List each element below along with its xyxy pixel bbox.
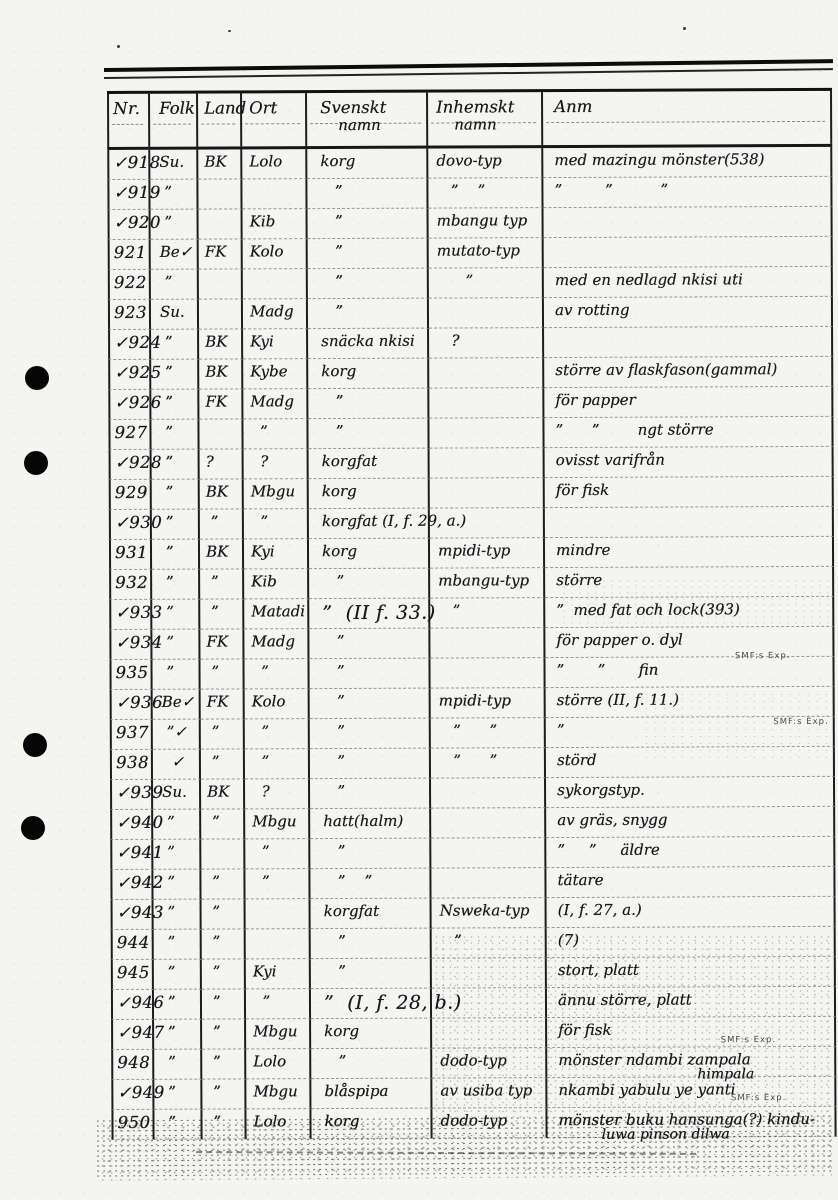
handwritten-text: ” xyxy=(161,603,174,621)
cell-folk: ” xyxy=(151,210,199,240)
cell-sv: ” (II f. 33.) xyxy=(309,599,430,630)
handwritten-text: för papper xyxy=(555,391,635,409)
handwritten-text: 935 xyxy=(115,663,148,682)
handwritten-text: ” ” xyxy=(436,181,485,199)
handwritten-text: ” xyxy=(161,633,174,651)
handwritten-text: av rotting xyxy=(555,301,630,319)
cell-ort xyxy=(246,899,311,929)
cell-sv: korg xyxy=(311,1019,432,1050)
cell-sv: korg xyxy=(309,479,430,510)
cell-nr: ✓928 xyxy=(109,450,152,480)
table-row: ✓940 ” ”Mbguhatt(halm)av gräs, snygg xyxy=(110,807,835,840)
table-row: 929 ”BKMbgukorgför fisk xyxy=(109,477,834,510)
column-header-ort: Ort xyxy=(242,93,307,146)
cell-inh: ” ” xyxy=(431,748,546,779)
cell-land: ” xyxy=(201,719,245,749)
handwritten-text: Mbgu xyxy=(253,1082,297,1100)
handwritten-text: Be✓ xyxy=(160,243,193,261)
cell-land: ” xyxy=(201,749,245,779)
handwritten-text: ” xyxy=(557,721,565,739)
handwritten-text: Madg xyxy=(250,302,294,320)
handwritten-text: ” xyxy=(208,903,221,921)
table-row: 938 ✓ ” ” ” ” ”störd xyxy=(110,747,835,780)
handwritten-text: ” xyxy=(323,722,345,740)
handwritten-text: för papper o. dyl xyxy=(556,630,682,649)
handwritten-text: ” xyxy=(250,422,267,440)
cell-land: BK xyxy=(200,539,244,569)
column-header-folk: Folk xyxy=(150,94,198,147)
handwritten-text: 950 xyxy=(117,1113,150,1132)
cell-inh: mpidi-typ xyxy=(431,688,546,719)
cell-anm: ” ” ngt större xyxy=(544,417,833,448)
handwritten-text: 929 xyxy=(115,483,148,502)
cell-land: ” xyxy=(201,869,245,899)
cell-land: BK xyxy=(198,149,242,179)
handwritten-text: ” xyxy=(163,933,176,951)
handwritten-text: ” (II f. 33.) xyxy=(322,602,435,624)
cell-anm: för fisk xyxy=(545,477,834,508)
cell-ort: Matadi xyxy=(244,599,309,629)
cell-inh xyxy=(430,478,545,509)
punch-hole xyxy=(24,451,48,475)
handwritten-text: ” xyxy=(252,872,269,890)
cell-sv: ” xyxy=(310,719,431,750)
cell-sv: ” xyxy=(307,179,428,210)
table-row: ✓943 ” ”korgfatNsweka-typ(I, f. 27, a.) xyxy=(111,897,836,930)
handwritten-text: ” xyxy=(160,363,173,381)
handwritten-text: korgfat xyxy=(324,902,379,920)
table-row: 935 ” ” ” ”” ” finSMF:s Exp. xyxy=(109,657,834,690)
cell-folk: ” xyxy=(153,810,201,840)
handwritten-text: ” ” fin xyxy=(556,661,658,679)
cell-ort: Lolo xyxy=(246,1049,311,1079)
table-row: 944 ” ” ” ”(7) xyxy=(111,927,836,960)
cell-nr: ✓940 xyxy=(110,810,153,840)
handwritten-text: ” xyxy=(322,572,344,590)
handwritten-text: ” xyxy=(208,933,221,951)
cell-ort: Kolo xyxy=(243,239,308,269)
handwritten-text: ” xyxy=(322,662,344,680)
cell-ort: Mbgu xyxy=(246,1079,311,1109)
cell-folk: ”✓ xyxy=(153,720,201,750)
cell-inh: ” ” xyxy=(428,178,543,209)
cell-inh: ” xyxy=(430,598,545,629)
cell-nr: ✓941 xyxy=(110,840,153,870)
handwritten-text: ” xyxy=(206,663,219,681)
header-line: namn xyxy=(436,116,541,133)
cell-folk: ✓ xyxy=(153,750,201,780)
cell-folk: Su. xyxy=(153,780,201,810)
handwritten-text: BK xyxy=(205,332,227,350)
cell-anm: större (II, f. 11.) xyxy=(546,687,835,718)
cell-anm: för papper xyxy=(544,387,833,418)
cell-ort: Madg xyxy=(243,299,308,329)
cell-inh: mbangu typ xyxy=(429,208,544,239)
table-row: ✓934 ”FKMadg ”för papper o. dyl xyxy=(109,627,834,660)
cell-inh xyxy=(430,628,545,659)
handwritten-text: nkambi yabulu ye yanti xyxy=(558,1080,735,1099)
handwritten-text: 931 xyxy=(115,543,148,562)
cell-nr: 921 xyxy=(108,240,151,270)
handwritten-text: BK xyxy=(204,152,226,170)
cell-folk: ” xyxy=(152,540,200,570)
cell-anm: för fisk xyxy=(547,1017,836,1048)
handwritten-text: tätare xyxy=(557,871,603,889)
handwritten-text: Su. xyxy=(160,303,185,321)
cell-ort: ” xyxy=(245,719,310,749)
header-line: namn xyxy=(320,117,426,134)
handwritten-text: Madg xyxy=(250,392,294,410)
handwritten-text: Nsweka-typ xyxy=(440,901,530,919)
handwritten-text: ✓ xyxy=(162,753,184,771)
handwritten-text: ” xyxy=(207,753,220,771)
handwritten-text: mindre xyxy=(556,541,610,559)
handwritten-text: ” xyxy=(322,632,344,650)
cell-ort: Kybe xyxy=(243,359,308,389)
cell-inh: Nsweka-typ xyxy=(432,898,547,929)
cell-nr: 932 xyxy=(109,570,152,600)
cell-inh: dodo-typ xyxy=(432,1048,547,1079)
handwritten-text: Matadi xyxy=(251,602,305,620)
cell-sv: ” xyxy=(311,959,432,990)
table-row: ✓925 ”BKKybekorgstörre av flaskfason(gam… xyxy=(108,357,833,390)
cell-folk: ” xyxy=(152,450,200,480)
handwritten-text: ” xyxy=(162,843,175,861)
cell-sv: ” xyxy=(309,629,430,660)
cell-folk: Su. xyxy=(150,150,198,180)
handwritten-text: Mbgu xyxy=(251,482,295,500)
handwritten-text: ” xyxy=(323,692,345,710)
cell-folk: ” xyxy=(154,900,202,930)
handwritten-text: med mazingu mönster(538) xyxy=(554,150,764,169)
column-header-svenskt-namn: Svensktnamn xyxy=(307,93,428,147)
cell-nr: 929 xyxy=(109,480,152,510)
handwritten-text: Lolo xyxy=(253,1052,286,1070)
handwritten-text: ” xyxy=(160,273,173,291)
handwritten-text: ” xyxy=(320,182,342,200)
handwritten-text: FK xyxy=(205,392,227,410)
punch-hole xyxy=(23,733,47,757)
handwritten-text: hatt(halm) xyxy=(323,812,403,830)
table-row: 950 ” ”Lolokorgdodo-typmönster buku hans… xyxy=(111,1107,836,1140)
cell-folk: ” xyxy=(151,330,199,360)
table-row: 921Be✓FKKolo ”mutato-typ xyxy=(108,237,833,270)
cell-folk: ” xyxy=(154,1080,202,1110)
table-row: 932 ” ”Kib ”mbangu-typstörre xyxy=(109,567,834,600)
handwritten-text: Kolo xyxy=(252,692,286,710)
cell-sv: blåspipa xyxy=(311,1079,432,1110)
cell-folk: ” xyxy=(150,180,198,210)
cell-sv: korg xyxy=(307,149,428,180)
handwritten-text: korg xyxy=(321,362,356,380)
cell-anm: ” ” äldre xyxy=(546,837,835,868)
handwritten-text: BK xyxy=(207,782,229,800)
handwritten-text: ” ” äldre xyxy=(557,841,659,859)
cell-sv: ” xyxy=(308,389,429,420)
cell-anm: mindre xyxy=(545,537,834,568)
handwritten-text: ” xyxy=(324,962,346,980)
handwritten-text: dovo-typ xyxy=(436,151,501,169)
handwritten-text: Su. xyxy=(159,153,184,171)
handwritten-text: dodo-typ xyxy=(440,1051,507,1069)
handwritten-text: (7) xyxy=(558,931,579,949)
handwritten-text: ” xyxy=(207,873,220,891)
cell-nr: ✓946 xyxy=(111,990,154,1020)
cell-sv: ” xyxy=(308,299,429,330)
cell-land: BK xyxy=(200,479,244,509)
handwritten-text: ” ” xyxy=(323,872,372,890)
cell-folk: ” xyxy=(151,360,199,390)
cell-anm xyxy=(544,327,833,358)
cell-sv: ” xyxy=(308,269,429,300)
cell-nr: ✓925 xyxy=(108,360,151,390)
column-header-nr: Nr. xyxy=(107,94,150,147)
cell-nr: 927 xyxy=(108,420,151,450)
cell-anm: större xyxy=(545,567,834,598)
cell-land xyxy=(199,419,243,449)
handwritten-text: ” xyxy=(161,663,174,681)
handwritten-text: Kybe xyxy=(250,362,287,380)
cell-land: ” xyxy=(202,959,246,989)
cell-folk: ” xyxy=(153,870,201,900)
punch-hole xyxy=(25,366,49,390)
cell-inh: mbangu-typ xyxy=(430,568,545,599)
handwritten-text: för fisk xyxy=(558,1021,611,1039)
cell-sv: ” xyxy=(308,239,429,270)
handwritten-text: ” xyxy=(163,963,176,981)
cell-folk: Be✓ xyxy=(151,240,199,270)
cell-sv: ” xyxy=(309,659,430,690)
handwritten-text: BK xyxy=(205,362,227,380)
handwritten-text: 945 xyxy=(117,963,150,982)
cell-anm: (I, f. 27, a.) xyxy=(547,897,836,928)
cell-sv: ” xyxy=(308,209,429,240)
table-row: ✓933 ” ”Matadi” (II f. 33.) ”” med fat o… xyxy=(109,597,834,630)
table-row: ✓949 ” ”Mbgublåspipaav usiba typnkambi y… xyxy=(111,1077,836,1110)
handwritten-text: ” xyxy=(252,752,269,770)
handwritten-text: Kyi xyxy=(251,542,275,560)
handwritten-text: ” xyxy=(159,183,172,201)
cell-sv: korgfat xyxy=(311,899,432,930)
handwritten-text: 922 xyxy=(114,273,147,292)
cell-inh xyxy=(429,298,544,329)
handwritten-text: BK xyxy=(206,542,228,560)
cell-land: BK xyxy=(201,779,245,809)
cell-folk: ” xyxy=(152,660,200,690)
handwritten-text: 948 xyxy=(117,1053,150,1072)
handwritten-text: ” xyxy=(321,212,343,230)
cell-ort: ” xyxy=(244,659,309,689)
handwritten-text: ” xyxy=(161,483,174,501)
cell-folk: ” xyxy=(152,480,200,510)
cell-ort: ” xyxy=(245,869,310,899)
handwritten-text: ” xyxy=(321,272,343,290)
handwritten-text: ? xyxy=(252,782,270,800)
column-header-inhemskt-namn: Inhemsktnamn xyxy=(428,92,543,146)
cell-anm: störd xyxy=(546,747,835,778)
table-row: 922 ” ” ”med en nedlagd nkisi uti xyxy=(108,267,833,300)
cell-ort: ” xyxy=(243,419,308,449)
handwritten-text: korgfat xyxy=(322,452,377,470)
cell-sv: ” xyxy=(311,1049,432,1080)
column-header-anm: Anm xyxy=(543,91,832,145)
handwritten-text: ” xyxy=(252,842,269,860)
cell-sv: ” xyxy=(310,689,431,720)
cell-nr: ✓919 xyxy=(107,180,150,210)
cell-inh xyxy=(431,808,546,839)
cell-anm xyxy=(544,237,833,268)
handwritten-text: ” xyxy=(324,932,346,950)
table-row: 931 ”BKKyikorgmpidi-typmindre xyxy=(109,537,834,570)
cell-land: ” xyxy=(200,599,244,629)
handwritten-text: ” xyxy=(206,573,219,591)
handwritten-text: 921 xyxy=(114,243,147,262)
cell-nr: ✓934 xyxy=(109,630,152,660)
cell-nr: ✓924 xyxy=(108,330,151,360)
cell-sv: korg xyxy=(309,539,430,570)
cell-ort: Madg xyxy=(244,629,309,659)
cell-land xyxy=(199,299,243,329)
handwritten-text: mpidi-typ xyxy=(439,691,511,709)
cell-sv: ” xyxy=(310,839,431,870)
cell-inh xyxy=(429,418,544,449)
cell-anm xyxy=(545,507,834,538)
table-row: ✓936Be✓FKKolo ”mpidi-typstörre (II, f. 1… xyxy=(110,687,835,720)
handwritten-text: sykorgstyp. xyxy=(557,781,645,799)
cell-inh xyxy=(429,358,544,389)
cell-ort: Mbgu xyxy=(246,1019,311,1049)
handwritten-text: ? xyxy=(206,453,214,471)
cell-ort: ” xyxy=(246,989,311,1019)
catalog-table: Nr. Folk Land Ort Svensktnamn Inhemsktna… xyxy=(107,88,837,1140)
cell-sv: korg xyxy=(308,359,429,390)
cell-anm: ”SMF:s Exp. xyxy=(546,717,835,748)
cell-nr: ✓949 xyxy=(111,1080,154,1110)
cell-anm: större av flaskfason(gammal) xyxy=(544,357,833,388)
cell-folk: Su. xyxy=(151,300,199,330)
handwritten-text: Kolo xyxy=(250,242,284,260)
table-row: ✓920 ”Kib ”mbangu typ xyxy=(108,207,833,240)
column-header-land: Land xyxy=(198,93,242,146)
table-row: ✓930 ” ” ”korgfat (I, f. 29, a.) xyxy=(109,507,834,540)
cell-sv: korg xyxy=(311,1109,432,1140)
cell-land: FK xyxy=(199,389,243,419)
cell-land xyxy=(201,839,245,869)
handwritten-text: ” xyxy=(207,723,220,741)
table-body: ✓918Su.BKLolokorgdovo-typmed mazingu mön… xyxy=(107,147,836,1140)
cell-anm: ” ” ” xyxy=(543,177,832,208)
cell-sv: ” xyxy=(310,749,431,780)
cell-nr: 931 xyxy=(109,540,152,570)
table-row: 937 ”✓ ” ” ” ” ””SMF:s Exp. xyxy=(110,717,835,750)
scanned-catalog-page: Nr. Folk Land Ort Svensktnamn Inhemsktna… xyxy=(0,0,838,1200)
cell-nr: 935 xyxy=(109,660,152,690)
handwritten-text: korg xyxy=(322,482,357,500)
handwritten-text: mbangu-typ xyxy=(438,571,529,589)
handwritten-text: ” xyxy=(321,242,343,260)
smf-exp-stamp: SMF:s Exp. xyxy=(721,1036,776,1046)
cell-inh: mpidi-typ xyxy=(430,538,545,569)
table-row: ✓942 ” ” ” ” ”tätare xyxy=(110,867,835,900)
handwritten-text: FK xyxy=(207,692,229,710)
smf-exp-stamp: SMF:s Exp. xyxy=(735,652,790,662)
cell-anm: tätare xyxy=(546,867,835,898)
cell-ort: Kolo xyxy=(245,689,310,719)
handwritten-text: ” xyxy=(160,393,173,411)
handwritten-text: ” xyxy=(207,813,220,831)
cell-sv: ” xyxy=(311,929,432,960)
handwritten-text: BK xyxy=(206,482,228,500)
handwritten-text: ” xyxy=(161,513,174,531)
handwritten-text: ” xyxy=(321,422,343,440)
handwritten-text: ” xyxy=(206,513,219,531)
cell-inh: ” xyxy=(432,928,547,959)
cell-nr: 945 xyxy=(111,960,154,990)
handwritten-text: ” (I, f. 28, b.) xyxy=(324,991,462,1014)
cell-anm: stort, platt xyxy=(547,957,836,988)
handwritten-text: ” xyxy=(161,573,174,591)
cell-anm: ännu större, platt xyxy=(547,987,836,1018)
cell-nr: 950 xyxy=(111,1110,154,1140)
cell-nr: ✓930 xyxy=(109,510,152,540)
cell-anm: nkambi yabulu ye yanti xyxy=(547,1077,836,1108)
handwritten-text: korg xyxy=(322,542,357,560)
table-row: 927 ” ” ”” ” ngt större xyxy=(108,417,833,450)
cell-land: BK xyxy=(199,329,243,359)
cell-land: ” xyxy=(202,1019,246,1049)
cell-inh: av usiba typ xyxy=(432,1078,547,1109)
table-row: ✓939Su.BK ? ”sykorgstyp. xyxy=(110,777,835,810)
cell-folk: ” xyxy=(154,1050,202,1080)
handwritten-text: ” ” xyxy=(439,751,497,769)
scan-speck xyxy=(228,30,231,32)
cell-ort: Kyi xyxy=(243,329,308,359)
cell-folk: ” xyxy=(154,990,202,1020)
handwritten-text: Su. xyxy=(162,783,187,801)
cell-land: ” xyxy=(202,989,246,1019)
cell-inh: mutato-typ xyxy=(429,238,544,269)
cell-ort: Lolo xyxy=(242,149,307,179)
cell-ort: Mbgu xyxy=(245,809,310,839)
cell-inh xyxy=(429,388,544,419)
handwritten-text: ” ” ngt större xyxy=(555,420,713,439)
handwritten-text: ” xyxy=(160,423,173,441)
scan-speck xyxy=(117,45,120,48)
handwritten-text: av usiba typ xyxy=(440,1081,532,1099)
cell-ort: Kib xyxy=(243,209,308,239)
table-row: ✓924 ”BKKyisnäcka nkisi ? xyxy=(108,327,833,360)
handwritten-text: ” xyxy=(321,392,343,410)
cell-anm: mönster ndambi zampalahimpalaSMF:s Exp. xyxy=(547,1047,836,1078)
handwritten-text: blåspipa xyxy=(324,1082,388,1100)
cell-anm: med en nedlagd nkisi uti xyxy=(544,267,833,298)
cell-ort xyxy=(242,179,307,209)
handwritten-text: ” xyxy=(163,993,176,1011)
handwritten-text: för fisk xyxy=(556,481,609,499)
handwritten-text: FK xyxy=(205,242,227,260)
handwritten-text: Kib xyxy=(251,572,277,590)
handwritten-text: större av flaskfason(gammal) xyxy=(555,360,777,379)
handwritten-text: Mbgu xyxy=(252,812,296,830)
cell-anm: för papper o. dyl xyxy=(545,627,834,658)
cell-folk: ” xyxy=(151,390,199,420)
cell-ort: ” xyxy=(244,509,309,539)
handwritten-text: korgfat (I, f. 29, a.) xyxy=(322,511,466,530)
cell-nr: 937 xyxy=(110,720,153,750)
bottom-rule-remnant xyxy=(196,1151,696,1155)
cell-ort: Lolo xyxy=(246,1109,311,1139)
handwritten-text: ” med fat och lock(393) xyxy=(556,600,740,619)
